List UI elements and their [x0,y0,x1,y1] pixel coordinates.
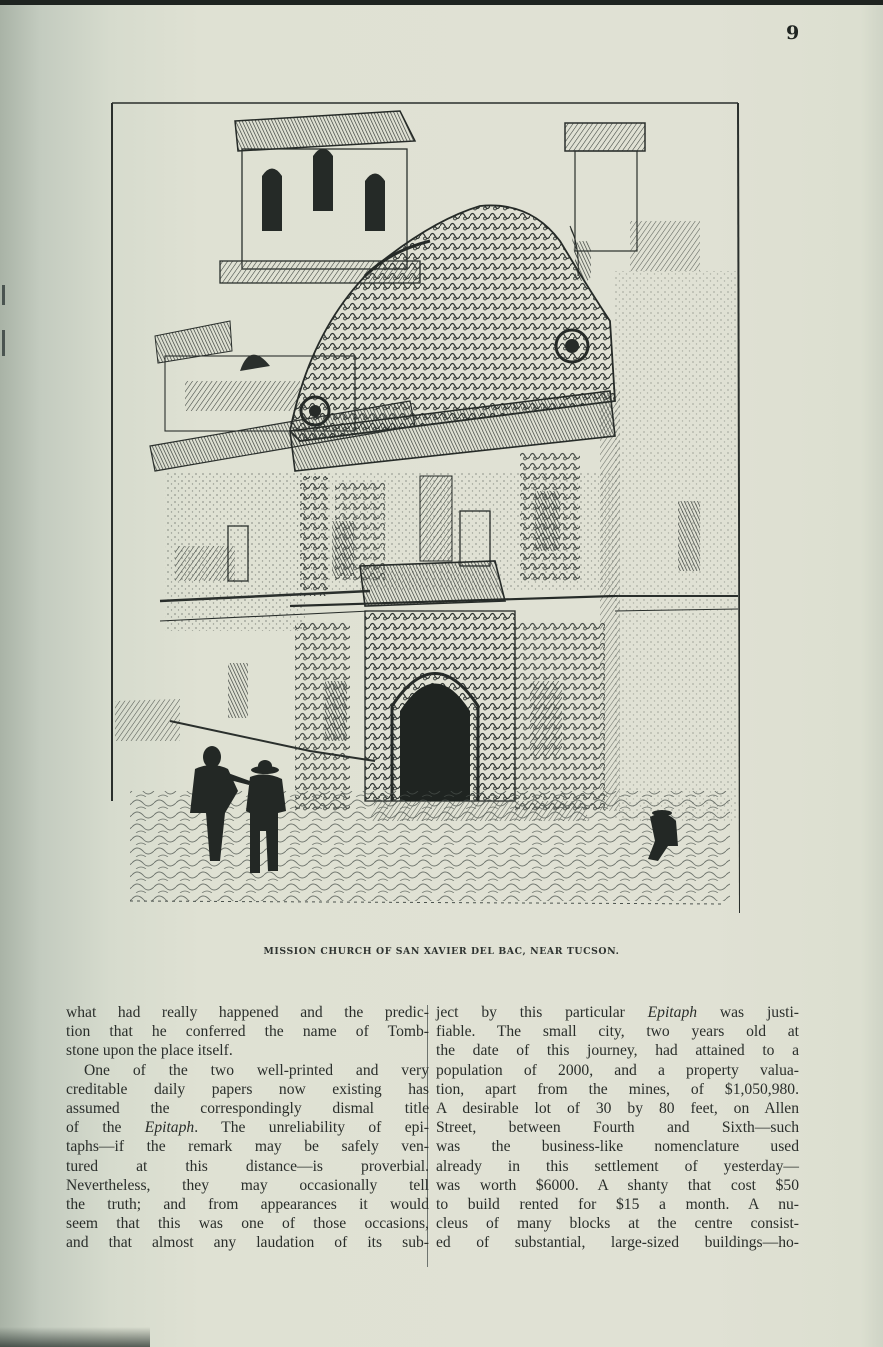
text-fragment: . The unreliability of epi- [194,1119,429,1136]
text-line: assumed the correspondingly dismal title [66,1099,429,1118]
text-column-right: ject by this particular Epitaph was just… [436,1003,799,1253]
text-line: stone upon the place itself. [66,1041,429,1060]
text-line: tion that he conferred the name of Tomb- [66,1022,429,1041]
figure-caption: MISSION CHURCH OF SAN XAVIER DEL BAC, NE… [0,946,883,957]
text-fragment: was justi- [697,1004,799,1021]
text-line: One of the two well-printed and very [66,1061,429,1080]
text-line: was worth $6000. A shanty that cost $50 [436,1176,799,1195]
text-line: was the business-like nomenclature used [436,1137,799,1156]
italic-title: Epitaph [648,1004,697,1021]
engraving-illustration [110,101,740,913]
text-line: cleus of many blocks at the centre consi… [436,1214,799,1233]
text-line: tured at this distance—is proverbial. [66,1157,429,1176]
text-line: Street, between Fourth and Sixth—such [436,1118,799,1137]
text-line: ject by this particular Epitaph was just… [436,1003,799,1022]
text-line: A desirable lot of 30 by 80 feet, on All… [436,1099,799,1118]
text-line: the date of this journey, had attained t… [436,1041,799,1060]
text-line: Nevertheless, they may occasionally tell [66,1176,429,1195]
text-line: fiable. The small city, two years old at [436,1022,799,1041]
text-line: ed of substantial, large-sized buildings… [436,1233,799,1252]
church-engraving-art [110,101,740,913]
text-line: what had really happened and the predic- [66,1003,429,1022]
page-number: 9 [786,22,799,44]
text-line: and that almost any laudation of its sub… [66,1233,429,1252]
text-line: already in this settlement of yesterday— [436,1157,799,1176]
text-fragment: ject by this particular [436,1004,648,1021]
text-column-left: what had really happened and the predic-… [66,1003,429,1253]
text-line: tion, apart from the mines, of $1,050,98… [436,1080,799,1099]
text-line: creditable daily papers now existing has [66,1080,429,1099]
binding-mark [2,285,5,305]
text-line: the truth; and from appearances it would [66,1195,429,1214]
text-line: seem that this was one of those occasion… [66,1214,429,1233]
text-line: taphs—if the remark may be safely ven- [66,1137,429,1156]
text-fragment: of the [66,1119,145,1136]
text-line: to build rented for $15 a month. A nu- [436,1195,799,1214]
binding-mark [2,330,5,356]
italic-title: Epitaph [145,1119,194,1136]
text-line: of the Epitaph. The unreliability of epi… [66,1118,429,1137]
page-corner-shadow [0,1327,150,1347]
text-line: population of 2000, and a property valua… [436,1061,799,1080]
